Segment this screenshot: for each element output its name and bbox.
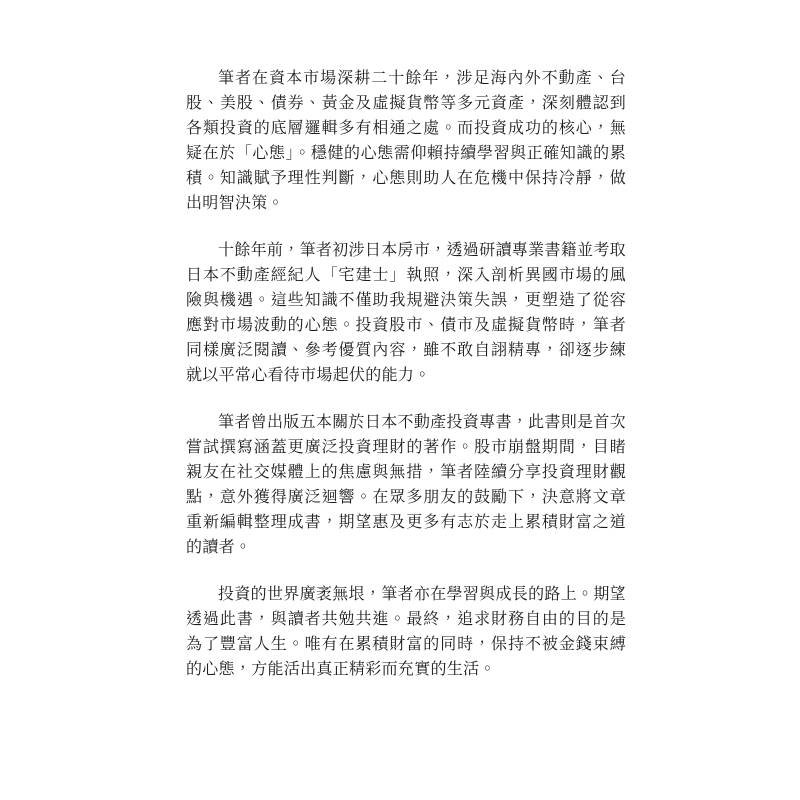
preface-paragraph-2: 十餘年前，筆者初涉日本房市，透過研讀專業書籍並考取日本不動產經紀人「宅建士」執照… (186, 238, 626, 388)
preface-paragraph-1: 筆者在資本市場深耕二十餘年，涉足海內外不動產、台股、美股、債券、黃金及虛擬貨幣等… (186, 66, 626, 216)
preface-text-block: 筆者在資本市場深耕二十餘年，涉足海內外不動產、台股、美股、債券、黃金及虛擬貨幣等… (186, 66, 626, 682)
book-page: 筆者在資本市場深耕二十餘年，涉足海內外不動產、台股、美股、債券、黃金及虛擬貨幣等… (0, 0, 800, 800)
preface-paragraph-4: 投資的世界廣袤無垠，筆者亦在學習與成長的路上。期望透過此書，與讀者共勉共進。最終… (186, 582, 626, 682)
preface-paragraph-3: 筆者曾出版五本關於日本不動產投資專書，此書則是首次嘗試撰寫涵蓋更廣泛投資理財的著… (186, 410, 626, 560)
